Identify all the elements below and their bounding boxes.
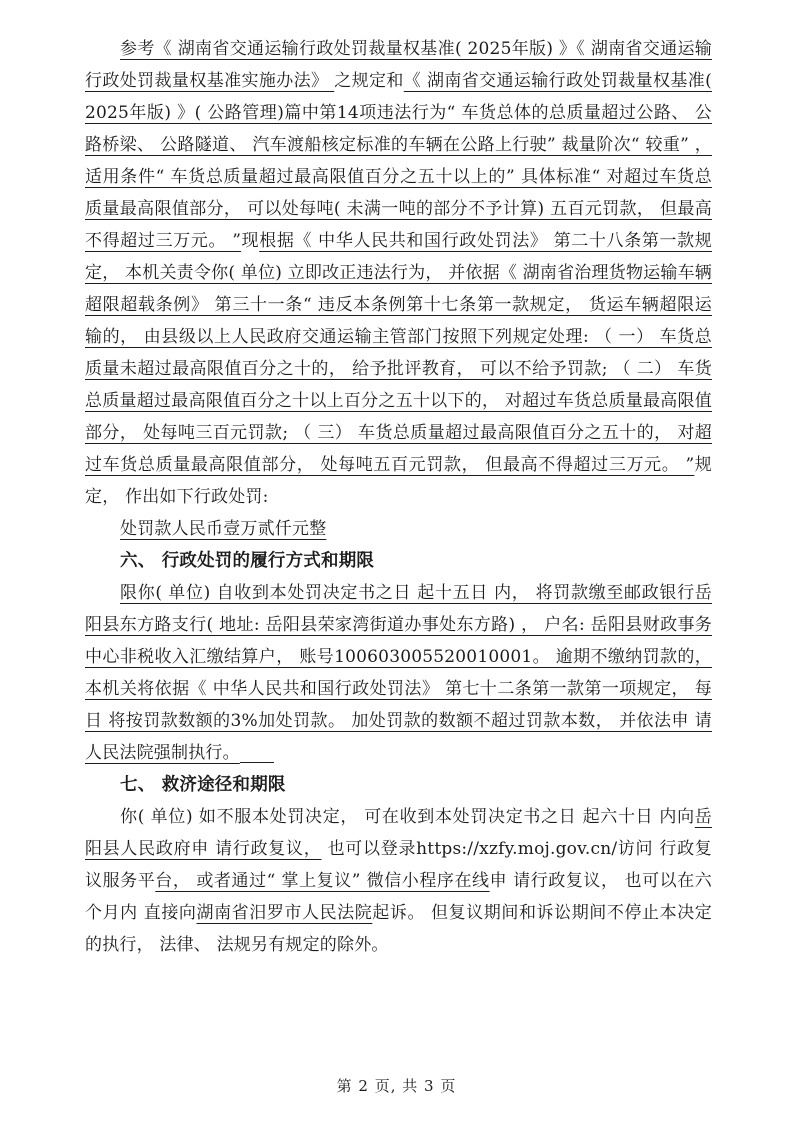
page-number-label: 第 2 页, 共 3 页: [337, 1077, 457, 1095]
text-run: 六、 行政处罚的履行方式和期限: [120, 551, 374, 571]
paragraph: 参考《 湖南省交通运输行政处罚裁量权基准( 2025年版) 》《 湖南省交通运输…: [85, 33, 712, 513]
underlined-text-run: 台， 或者通过“ 掌上复议” 微信小程序在线: [155, 871, 489, 891]
paragraph: 你( 单位) 如不服本处罚决定， 可在收到本处罚决定书之日 起六十日 内向岳阳县…: [85, 801, 712, 961]
document-body: 参考《 湖南省交通运输行政处罚裁量权基准( 2025年版) 》《 湖南省交通运输…: [85, 33, 712, 961]
text-run: 之规定和: [334, 71, 404, 91]
underlined-text-run: 处罚款人民币壹万贰仟元整: [120, 519, 326, 539]
underlined-text-run: 湖南省汨罗市人民法院: [196, 903, 372, 923]
text-run: 七、 救济途径和期限: [120, 775, 286, 795]
text-run: 现: [241, 231, 259, 251]
section-heading: 六、 行政处罚的履行方式和期限: [85, 545, 712, 577]
section-heading: 七、 救济途径和期限: [85, 769, 712, 801]
underlined-text-run: 限你( 单位) 自收到本处罚决定书之日 起十五日 内， 将罚款缴至邮政银行岳阳县…: [85, 583, 712, 763]
underlined-text-run: 根据《 中华人民共和国行政处罚法》 第二十八条第一款规定， 本机关责令你( 单位…: [85, 231, 712, 475]
filled-blank-line: [240, 762, 274, 763]
underlined-text-run: 《 湖南省交通运输行政处罚裁量权基准( 2025年版) 》( 公路管理)篇中第1…: [85, 71, 712, 251]
penalty-decision-document-page: 参考《 湖南省交通运输行政处罚裁量权基准( 2025年版) 》《 湖南省交通运输…: [0, 0, 793, 1122]
paragraph: 处罚款人民币壹万贰仟元整: [85, 513, 712, 545]
page-footer: 第 2 页, 共 3 页: [0, 1075, 793, 1096]
paragraph: 限你( 单位) 自收到本处罚决定书之日 起十五日 内， 将罚款缴至邮政银行岳阳县…: [85, 577, 712, 769]
text-run: 你( 单位) 如不服本处罚决定， 可在收到本处罚决定书之日 起六十日 内向: [120, 807, 695, 827]
